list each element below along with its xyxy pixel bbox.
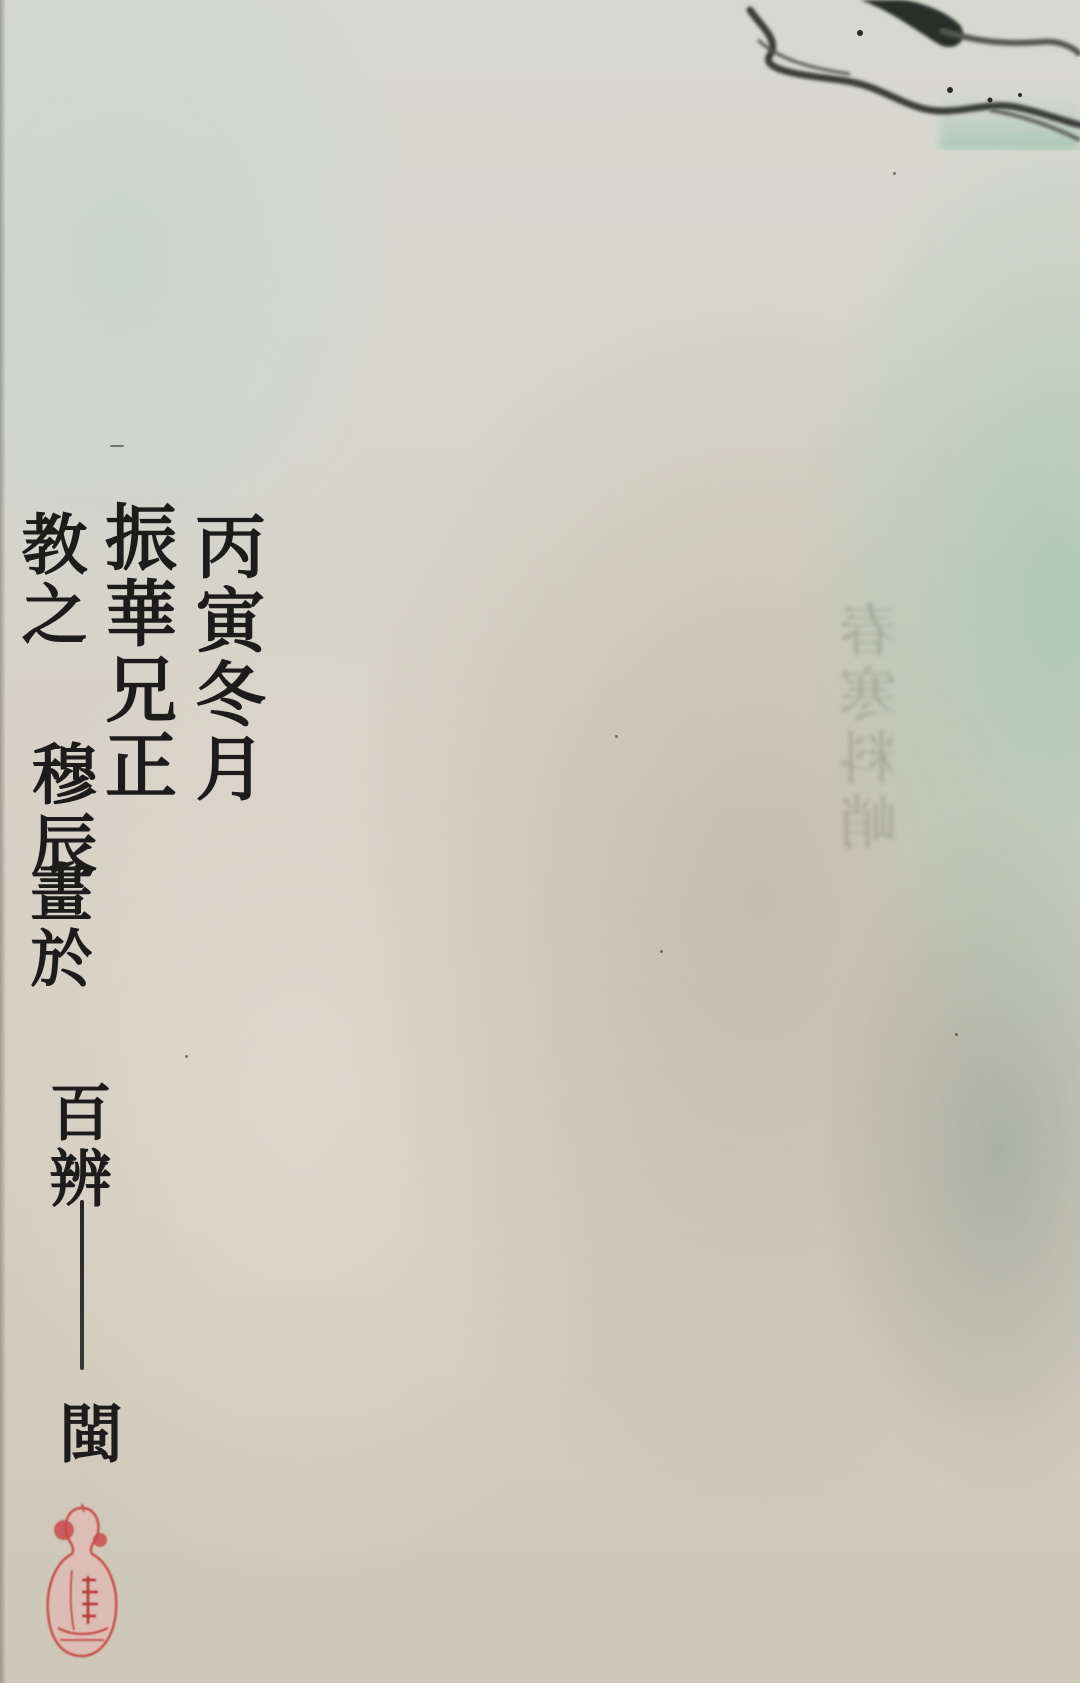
- inscription-dedication: 畫於: [20, 860, 92, 992]
- inscription-column-place: 穆辰: [20, 740, 98, 880]
- paper-speck: [615, 735, 618, 738]
- artist-signature-final: 閩: [50, 1400, 120, 1468]
- paper-speck: [955, 1033, 958, 1036]
- paper-speck: [185, 1055, 188, 1058]
- paper-speck: [893, 172, 896, 175]
- inscription-column-request: 教之: [10, 510, 88, 650]
- paper-speck: [660, 950, 663, 953]
- painting-paper: 春寒料峭 丙寅冬月 振華兄正 教之 穆辰 畫於 百辨 閩: [0, 0, 1080, 1683]
- inscription-column-date: 丙寅冬月: [185, 510, 265, 806]
- bleed-through-text: 春寒料峭: [835, 600, 1005, 1120]
- red-gourd-seal-icon: [42, 1500, 122, 1660]
- signature-flourish-stroke: [80, 1200, 84, 1370]
- ink-landscape-rocks: [740, 0, 1080, 150]
- artist-signature: 百辨: [40, 1080, 110, 1212]
- paper-speck: [110, 445, 124, 447]
- inscription-column-recipient: 振華兄正: [95, 500, 175, 804]
